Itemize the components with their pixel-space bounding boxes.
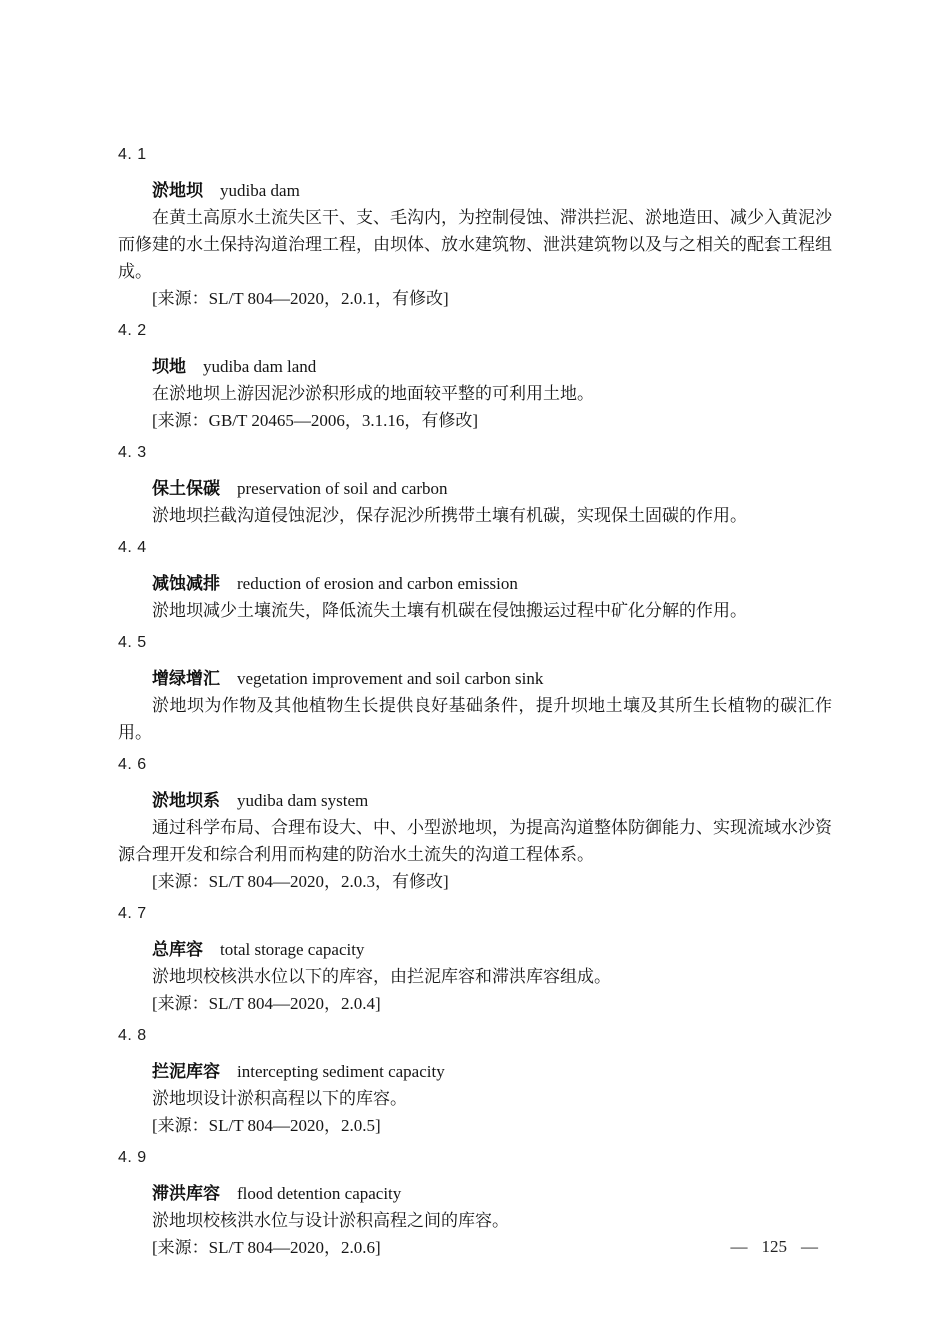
term-source: [来源：SL/T 804—2020，2.0.5] [118,1112,832,1139]
term-definition: 淤地坝校核洪水位以下的库容，由拦泥库容和滞洪库容组成。 [118,963,832,990]
standard-document-page: 4. 1 淤地坝yudiba dam 在黄土高原水土流失区干、支、毛沟内，为控制… [0,0,950,1344]
term-chinese: 保土保碳 [152,479,220,498]
term-definition: 在淤地坝上游因泥沙淤积形成的地面较平整的可利用土地。 [118,380,832,407]
term-chinese: 增绿增汇 [152,669,220,688]
term-chinese: 淤地坝 [152,181,203,200]
section-number: 4. 4 [118,534,832,561]
terms-and-definitions-content: 4. 1 淤地坝yudiba dam 在黄土高原水土流失区干、支、毛沟内，为控制… [118,141,832,1266]
term-source: [来源：SL/T 804—2020，2.0.3，有修改] [118,868,832,895]
term-section: 4. 7 总库容total storage capacity 淤地坝校核洪水位以… [118,900,832,1017]
term-section: 4. 5 增绿增汇vegetation improvement and soil… [118,629,832,746]
section-number: 4. 1 [118,141,832,168]
term-source: [来源：GB/T 20465—2006，3.1.16，有修改] [118,407,832,434]
term-chinese: 滞洪库容 [152,1184,220,1203]
term-line: 坝地yudiba dam land [118,353,832,380]
term-section: 4. 3 保土保碳preservation of soil and carbon… [118,439,832,529]
term-definition: 通过科学布局、合理布设大、中、小型淤地坝，为提高沟道整体防御能力、实现流域水沙资… [118,814,832,868]
term-chinese: 总库容 [152,940,203,959]
section-number: 4. 7 [118,900,832,927]
term-line: 减蚀减排reduction of erosion and carbon emis… [118,570,832,597]
term-section: 4. 2 坝地yudiba dam land 在淤地坝上游因泥沙淤积形成的地面较… [118,317,832,434]
term-section: 4. 8 拦泥库容intercepting sediment capacity … [118,1022,832,1139]
term-section: 4. 6 淤地坝系yudiba dam system 通过科学布局、合理布设大、… [118,751,832,895]
term-english: vegetation improvement and soil carbon s… [237,669,543,688]
term-definition: 淤地坝设计淤积高程以下的库容。 [118,1085,832,1112]
term-english: yudiba dam system [237,791,368,810]
page-number: 125 [762,1237,788,1256]
term-definition: 淤地坝校核洪水位与设计淤积高程之间的库容。 [118,1207,832,1234]
term-definition: 淤地坝为作物及其他植物生长提供良好基础条件，提升坝地土壤及其所生长植物的碳汇作用… [118,692,832,746]
section-number: 4. 3 [118,439,832,466]
section-number: 4. 9 [118,1144,832,1171]
term-chinese: 淤地坝系 [152,791,220,810]
section-number: 4. 5 [118,629,832,656]
term-english: flood detention capacity [237,1184,401,1203]
term-english: yudiba dam land [203,357,316,376]
term-english: intercepting sediment capacity [237,1062,445,1081]
term-english: total storage capacity [220,940,364,959]
footer-right-dash: — [801,1237,818,1256]
term-line: 淤地坝yudiba dam [118,177,832,204]
term-definition: 淤地坝减少土壤流失，降低流失土壤有机碳在侵蚀搬运过程中矿化分解的作用。 [118,597,832,624]
term-source: [来源：SL/T 804—2020，2.0.4] [118,990,832,1017]
term-line: 拦泥库容intercepting sediment capacity [118,1058,832,1085]
term-line: 保土保碳preservation of soil and carbon [118,475,832,502]
term-chinese: 拦泥库容 [152,1062,220,1081]
term-definition: 在黄土高原水土流失区干、支、毛沟内，为控制侵蚀、滞洪拦泥、淤地造田、减少入黄泥沙… [118,204,832,285]
term-line: 总库容total storage capacity [118,936,832,963]
term-definition: 淤地坝拦截沟道侵蚀泥沙，保存泥沙所携带土壤有机碳，实现保土固碳的作用。 [118,502,832,529]
section-number: 4. 6 [118,751,832,778]
term-chinese: 坝地 [152,357,186,376]
page-footer: —125— [717,1233,833,1260]
term-english: preservation of soil and carbon [237,479,448,498]
term-line: 淤地坝系yudiba dam system [118,787,832,814]
term-source: [来源：SL/T 804—2020，2.0.1，有修改] [118,285,832,312]
term-line: 滞洪库容flood detention capacity [118,1180,832,1207]
term-section: 4. 1 淤地坝yudiba dam 在黄土高原水土流失区干、支、毛沟内，为控制… [118,141,832,312]
term-chinese: 减蚀减排 [152,574,220,593]
term-english: reduction of erosion and carbon emission [237,574,518,593]
section-number: 4. 2 [118,317,832,344]
term-section: 4. 4 减蚀减排reduction of erosion and carbon… [118,534,832,624]
footer-left-dash: — [731,1237,748,1256]
term-english: yudiba dam [220,181,300,200]
section-number: 4. 8 [118,1022,832,1049]
term-line: 增绿增汇vegetation improvement and soil carb… [118,665,832,692]
